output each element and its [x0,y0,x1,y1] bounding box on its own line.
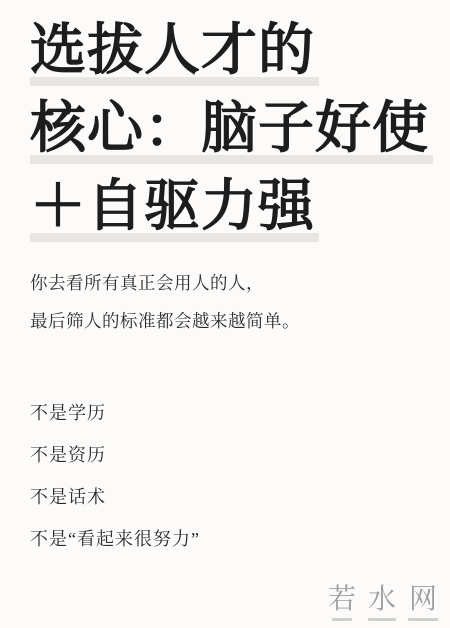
list-item-2: 不是资历 [30,445,430,465]
watermark-char-3: 网 [409,584,437,614]
list-item-1: 不是学历 [30,403,430,423]
text-card: 选拔人才的 核心：脑子好使 ＋自驱力强 你去看所有真正会用人的人， 最后筛人的标… [0,0,450,628]
title-line-1: 选拔人才的 [30,12,440,90]
title-line-2: 核心：脑子好使 [30,90,440,168]
paragraph-line-1: 你去看所有真正会用人的人， [30,273,430,293]
watermark: 若 水 网 [328,584,438,621]
title-line-3: ＋自驱力强 [30,168,440,246]
list-item-3: 不是话术 [30,487,430,507]
watermark-col-2: 水 [368,584,396,621]
intro-paragraph: 你去看所有真正会用人的人， 最后筛人的标准都会越来越简单。 [30,273,430,349]
paragraph-line-2: 最后筛人的标准都会越来越简单。 [30,311,430,331]
watermark-col-1: 若 [328,584,356,621]
watermark-subtext-mark [332,618,352,621]
title-line-1-text: 选拔人才的 [30,20,319,86]
watermark-subtext-mark [408,618,438,621]
title-line-3-text: ＋自驱力强 [30,176,319,242]
watermark-char-1: 若 [328,584,356,614]
title-line-2-text: 核心：脑子好使 [30,98,433,164]
criteria-list: 不是学历 不是资历 不是话术 不是“看起来很努力” [30,403,430,571]
watermark-char-2: 水 [368,584,396,614]
watermark-col-3: 网 [408,584,438,621]
page-title: 选拔人才的 核心：脑子好使 ＋自驱力强 [30,12,440,246]
list-item-4: 不是“看起来很努力” [30,529,430,549]
watermark-subtext-mark [368,618,396,621]
